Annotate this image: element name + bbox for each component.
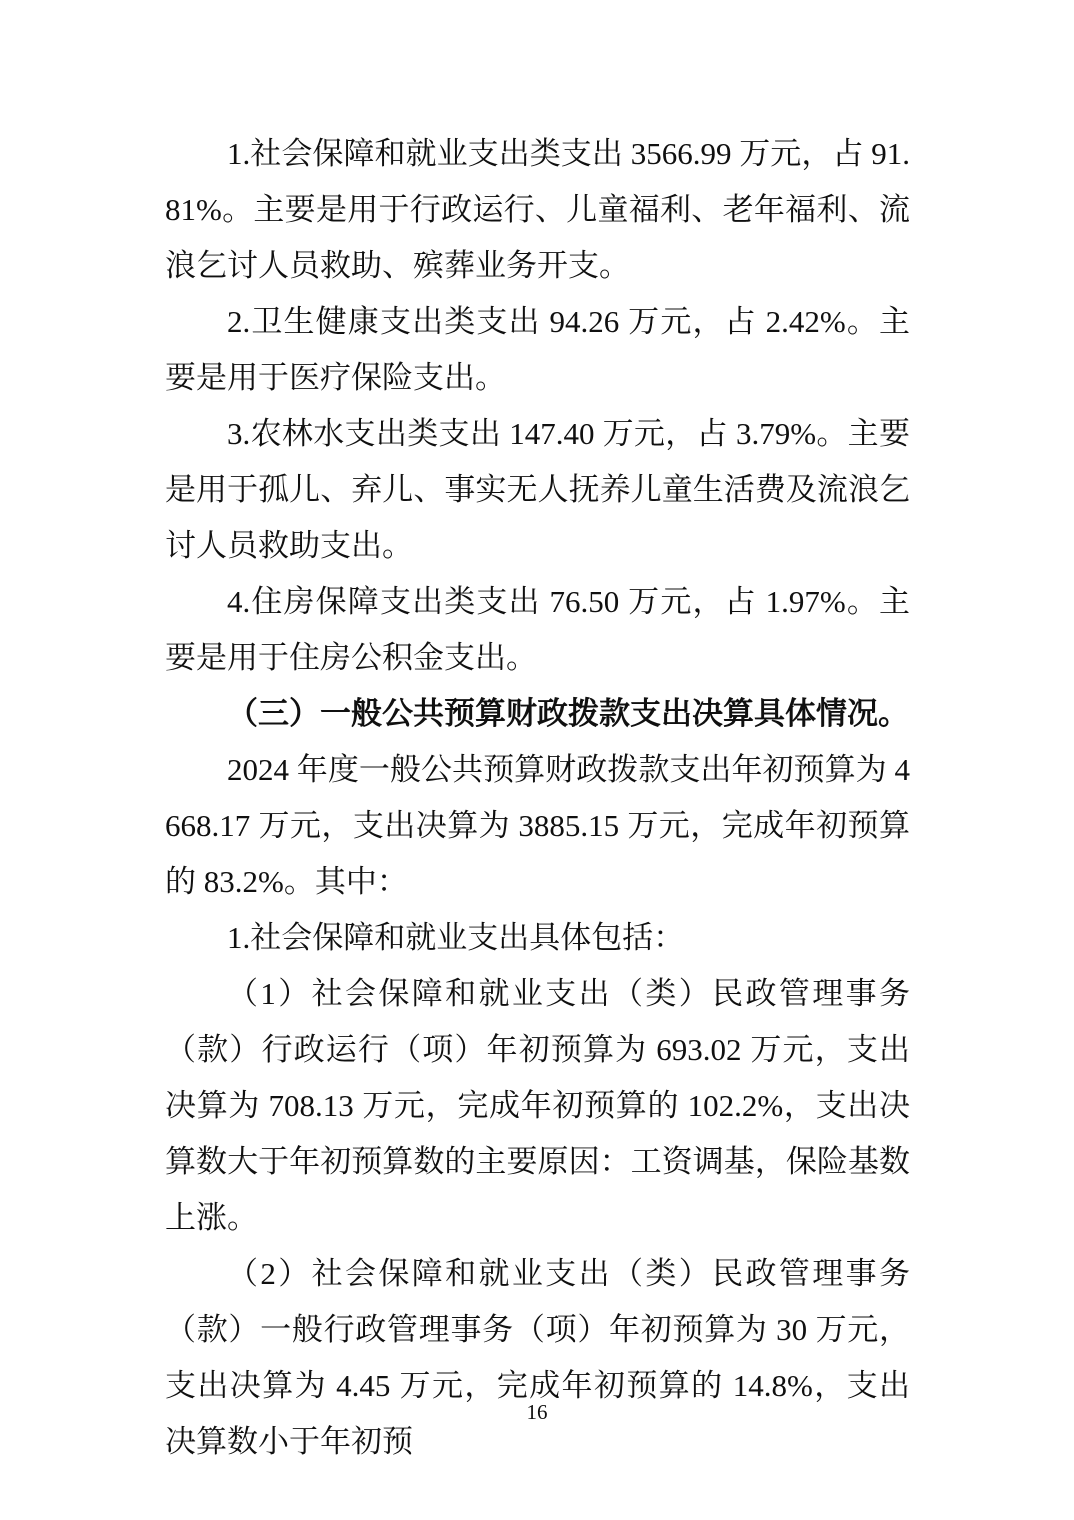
paragraph-expense-class-1: 1.社会保障和就业支出类支出 3566.99 万元，占 91.81%。主要是用于… (165, 126, 910, 294)
paragraph-item-1-administrative-operation: （1）社会保障和就业支出（类）民政管理事务（款）行政运行（项）年初预算为 693… (165, 966, 910, 1246)
section-heading-fiscal-allocation-details: （三）一般公共预算财政拨款支出决算具体情况。 (165, 686, 910, 742)
paragraph-expense-class-3: 3.农林水支出类支出 147.40 万元，占 3.79%。主要是用于孤儿、弃儿、… (165, 406, 910, 574)
page-number: 16 (0, 1398, 1074, 1426)
paragraph-expense-class-4: 4.住房保障支出类支出 76.50 万元，占 1.97%。主要是用于住房公积金支… (165, 574, 910, 686)
paragraph-item-2-general-administration: （2）社会保障和就业支出（类）民政管理事务（款）一般行政管理事务（项）年初预算为… (165, 1246, 910, 1470)
paragraph-expense-class-2: 2.卫生健康支出类支出 94.26 万元，占 2.42%。主要是用于医疗保险支出… (165, 294, 910, 406)
document-page: 1.社会保障和就业支出类支出 3566.99 万元，占 91.81%。主要是用于… (0, 0, 1074, 1520)
paragraph-budget-overview-2024: 2024 年度一般公共预算财政拨款支出年初预算为 4668.17 万元，支出决算… (165, 742, 910, 910)
paragraph-social-security-intro: 1.社会保障和就业支出具体包括： (165, 910, 910, 966)
